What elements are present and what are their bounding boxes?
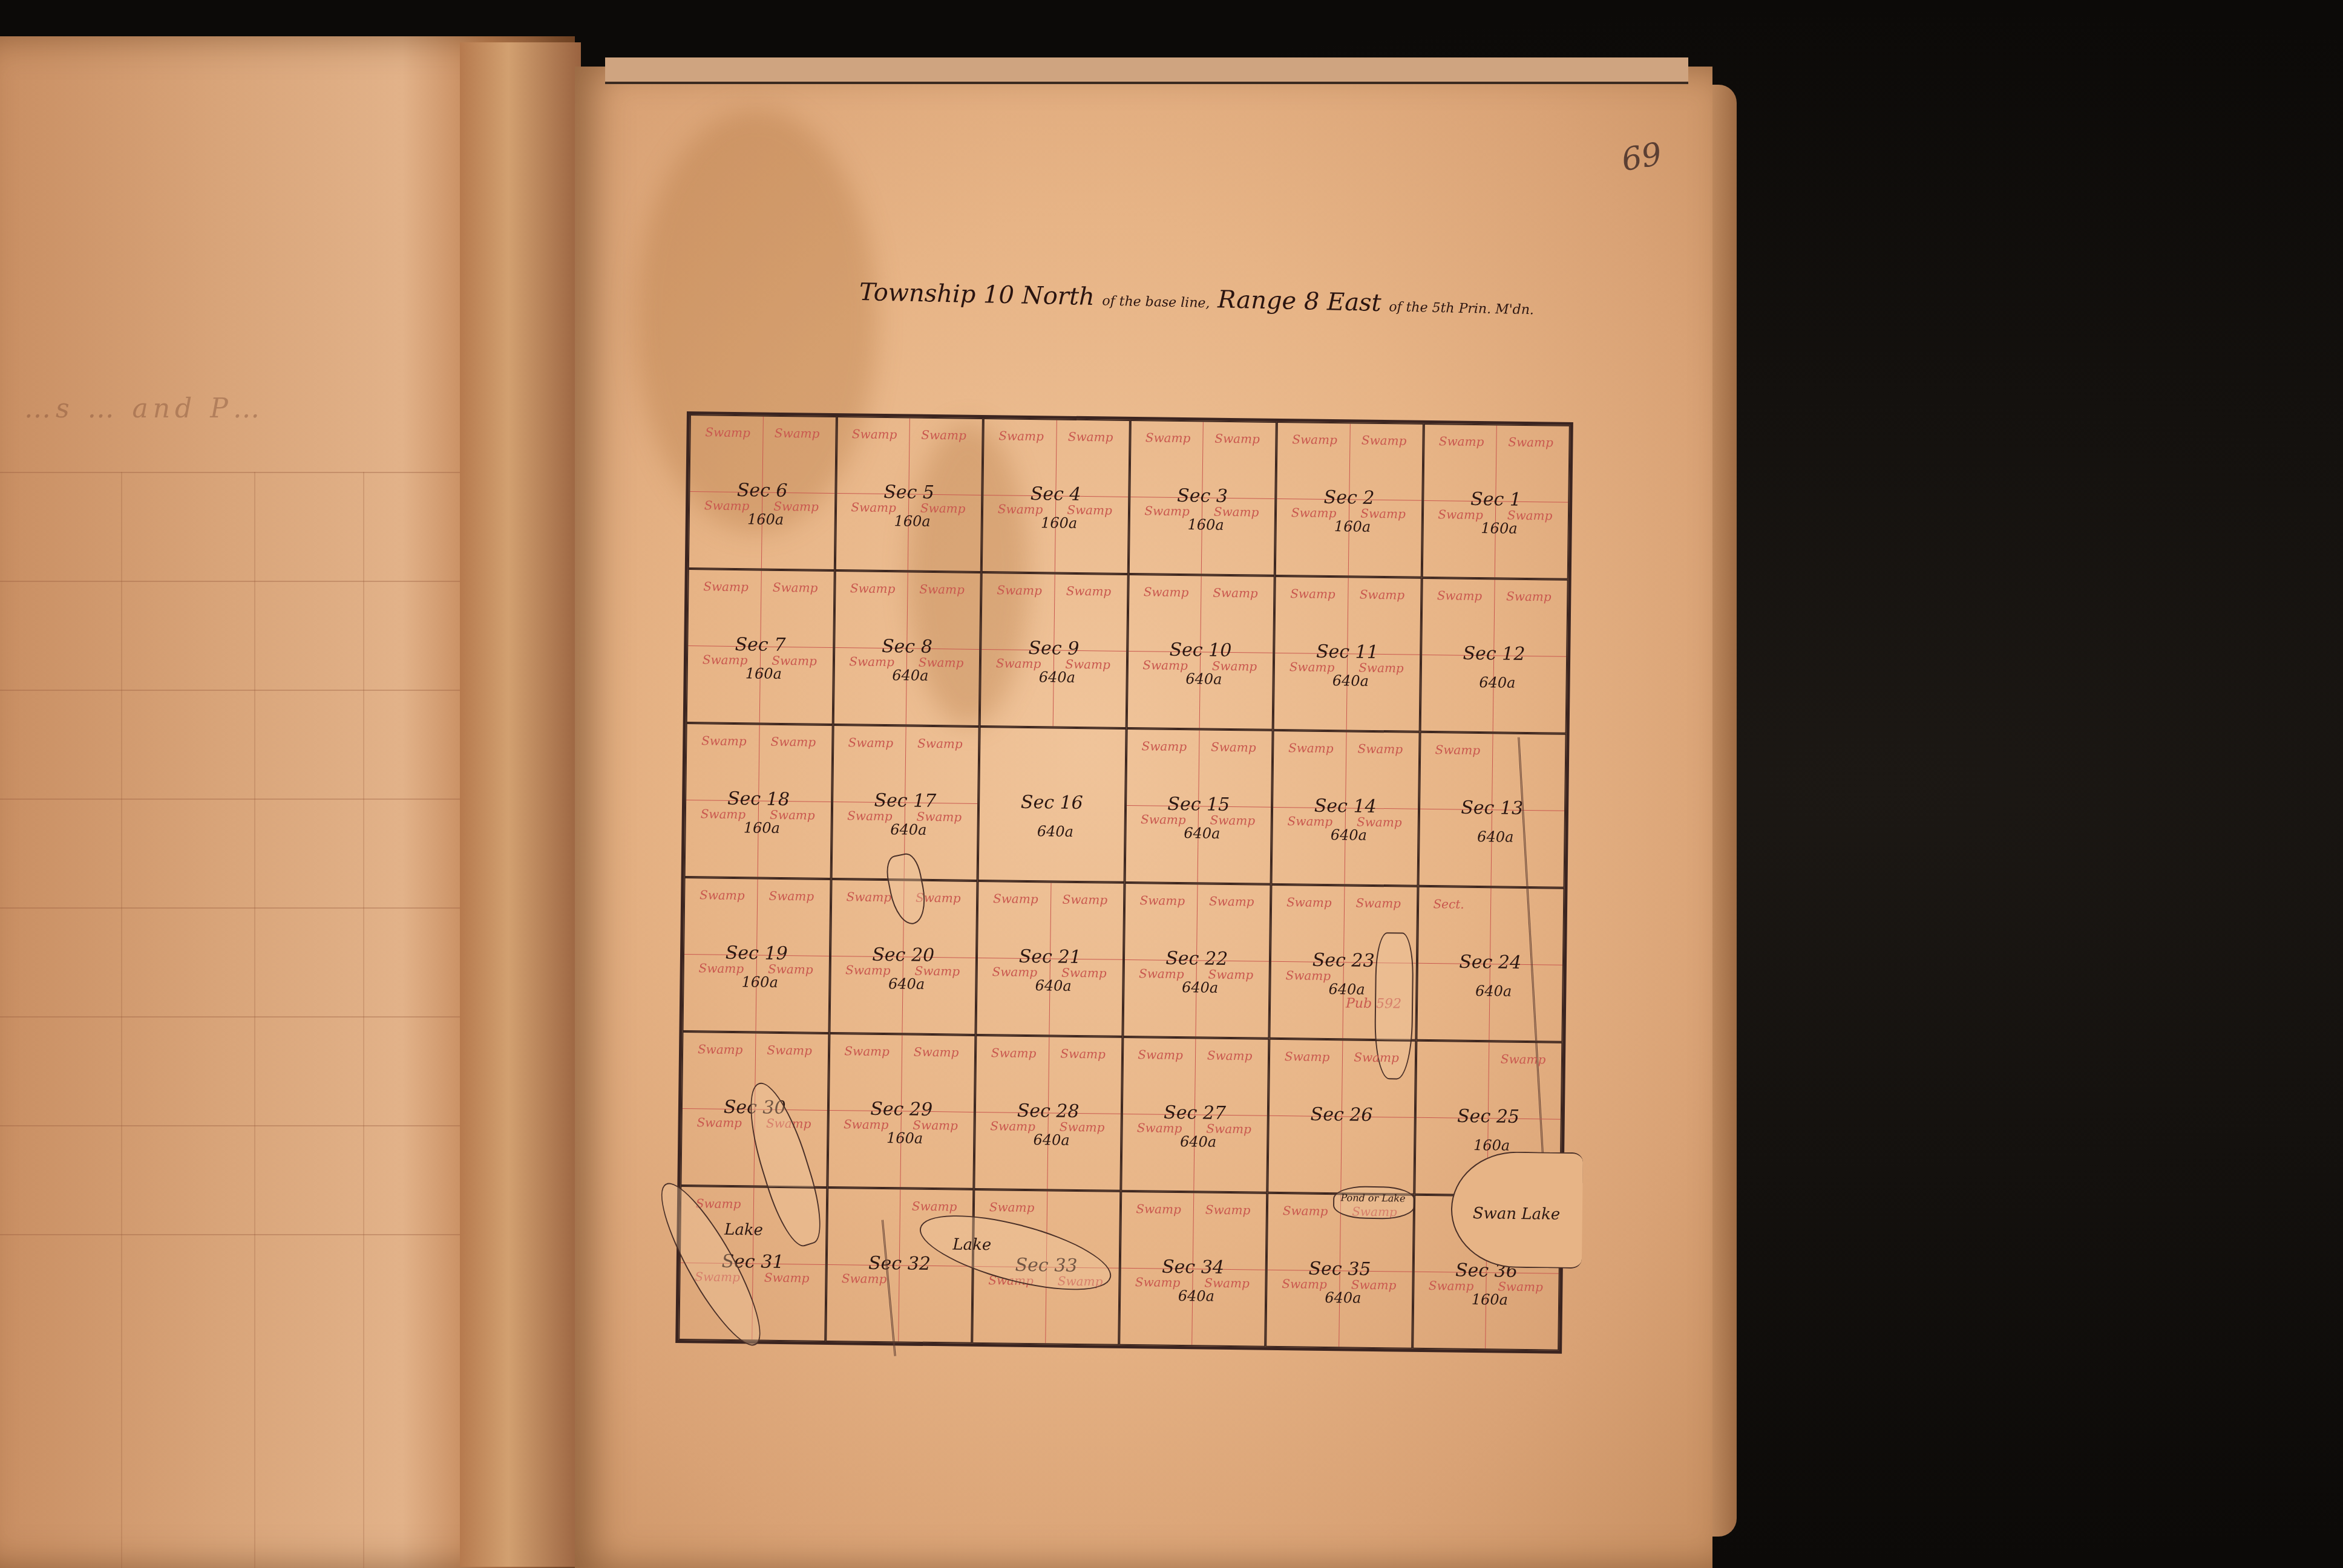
section-acres: 640a [1332, 672, 1369, 690]
section-number: Sec 21 [1019, 946, 1081, 967]
title-township: Township 10 North [859, 278, 1095, 311]
swamp-label: Swamp [1141, 739, 1187, 754]
section-acres: 160a [1481, 520, 1517, 537]
section-grid: SwampSwampSwampSwampSec 6160a SwampSwamp… [678, 414, 1570, 1351]
swamp-label: Swamp [1138, 1047, 1183, 1062]
book-gutter [460, 42, 581, 1567]
section-acres: 640a [1477, 828, 1513, 846]
section-30: SwampSwampSwampSwampSec 30 [680, 1031, 829, 1187]
section-acres: 640a [1182, 979, 1218, 996]
swamp-label: Swamp [852, 426, 897, 442]
section-31: SwampSwampSwampSec 31Lake [678, 1186, 827, 1342]
section-21: SwampSwampSwampSwampSec 21640a [975, 881, 1124, 1037]
swamp-label: Swamp [767, 1043, 812, 1058]
ledger-rule [0, 690, 502, 691]
swamp-label: Swamp [846, 889, 891, 904]
section-acres: 160a [747, 511, 784, 528]
section-8: SwampSwampSwampSwampSec 8640a [833, 570, 981, 727]
section-acres: 640a [1178, 1287, 1214, 1305]
ledger-rule [0, 1125, 502, 1126]
section-number: Sec 13 [1461, 797, 1523, 818]
section-29: SwampSwampSwampSwampSec 29160a [827, 1033, 976, 1189]
section-7: SwampSwampSwampSwampSec 7160a [686, 569, 835, 725]
section-10: SwampSwampSwampSwampSec 10640a [1126, 574, 1275, 730]
section-number: Sec 18 [727, 788, 790, 809]
section-12: SwampSwampSec 12640a [1420, 578, 1568, 734]
section-number: Sec 35 [1308, 1258, 1371, 1279]
section-number: Sec 8 [882, 635, 932, 657]
section-number: Sec 16 [1021, 791, 1083, 813]
swamp-label: Swamp [1136, 1201, 1181, 1217]
section-acres: 640a [890, 821, 926, 838]
swamp-label: Swamp [1501, 1052, 1546, 1067]
swamp-label: Swamp [1354, 1050, 1399, 1065]
swamp-label: Swamp [919, 582, 965, 597]
section-number: Sec 7 [735, 634, 785, 656]
swamp-label: Swamp [1209, 894, 1254, 909]
swamp-label: Swamp [844, 1044, 890, 1059]
ledger-rule [0, 581, 502, 582]
faded-ledger-text: …s … and P… [24, 393, 264, 424]
swamp-label: Swamp [698, 1042, 743, 1057]
lake-label: Lake [952, 1236, 991, 1255]
section-number: Sec 2 [1324, 486, 1375, 508]
section-27: SwampSwampSwampSwampSec 27640a [1121, 1037, 1270, 1193]
section-35: SwampSwampSwampSwampSec 35640aPond or La… [1265, 1193, 1414, 1349]
section-acres: 640a [888, 975, 925, 993]
section-number: Sec 24 [1459, 951, 1521, 973]
section-number: Sec 3 [1177, 485, 1228, 506]
section-number: Sec 15 [1167, 793, 1230, 815]
swamp-label: Swamp [997, 583, 1042, 598]
swamp-label: Swamp [700, 887, 745, 903]
swamp-label: Swamp [703, 579, 749, 594]
swamp-label: Swamp [1214, 431, 1260, 446]
ledger-column-rule [121, 472, 122, 1568]
section-acres: 640a [1185, 670, 1222, 688]
section-number: Sec 12 [1463, 642, 1525, 664]
section-number: Sec 22 [1165, 947, 1228, 969]
section-acres: 640a [1033, 1131, 1069, 1149]
swan-lake-label: Swan Lake [1473, 1204, 1561, 1224]
swamp-label: Swamp [914, 1045, 959, 1060]
page-number: 69 [1619, 136, 1665, 179]
section-acres: 160a [744, 819, 780, 837]
swamp-label: Swamp [1506, 589, 1552, 604]
section-number: Sec 27 [1164, 1102, 1226, 1123]
swamp-label: Swamp [1355, 896, 1401, 911]
swamp-label: Swamp [1060, 1047, 1106, 1062]
swamp-label: Swamp [701, 733, 747, 748]
section-number: Sec 23 [1312, 949, 1375, 971]
swamp-label: Swamp [1145, 430, 1191, 445]
section-3: SwampSwampSwampSwampSec 3160a [1128, 420, 1277, 576]
section-32: SwampSwampSec 32 [825, 1187, 974, 1344]
swamp-label: Swamp [850, 581, 896, 596]
section-acres: 160a [1472, 1291, 1508, 1308]
section-13: SwampSec 13640a [1418, 732, 1567, 888]
section-23: SwampSwampSwampSec 23640aPub 592 [1269, 884, 1418, 1040]
section-33: SwampSwampSwampSec 33Lake [972, 1189, 1121, 1345]
section-number: Sec 28 [1017, 1100, 1080, 1122]
section-acres: 640a [1039, 668, 1075, 686]
swamp-label: Swamp [1213, 586, 1258, 601]
section-11: SwampSwampSwampSwampSec 11640a [1273, 576, 1422, 732]
swamp-label: Swamp [993, 891, 1038, 906]
section-number: Sec 29 [870, 1098, 932, 1120]
section-acres: 160a [1041, 514, 1077, 532]
section-number: Sec 10 [1169, 639, 1231, 661]
ledger-rule [0, 1234, 502, 1235]
swamp-label: Swamp [1435, 742, 1480, 757]
swamp-label: Swamp [1288, 740, 1334, 756]
section-22: SwampSwampSwampSwampSec 22640a [1122, 883, 1271, 1039]
swamp-label: Swamp [1139, 893, 1185, 908]
swamp-label: Swamp [848, 735, 894, 750]
title-baseline: of the base line, [1102, 293, 1210, 311]
section-4: SwampSwampSwampSwampSec 4160a [981, 418, 1130, 574]
swamp-label: Swamp [773, 580, 818, 595]
township-plat-map: SwampSwampSwampSwampSec 6160a SwampSwamp… [675, 411, 1573, 1354]
section-number: Sec 4 [1031, 483, 1081, 505]
section-24: Sect.Sec 24640a [1416, 886, 1565, 1042]
section-number: Sec 20 [872, 944, 934, 965]
swamp-label: Swamp [912, 1199, 957, 1214]
ledger-column-rule [363, 472, 364, 1568]
swamp-label: Swamp [1066, 584, 1112, 599]
swamp-label: Swamp [1290, 586, 1335, 601]
swamp-label: Swamp [917, 736, 963, 751]
swamp-label: Swamp [1207, 1048, 1253, 1063]
section-acres: 160a [742, 973, 778, 991]
swamp-label: Swamp [768, 889, 814, 904]
section-acres: 640a [1325, 1289, 1361, 1307]
section-number: Sec 14 [1314, 795, 1377, 817]
section-acres: 640a [1475, 982, 1512, 1000]
swamp-label: Swamp [705, 425, 750, 440]
sect-note: Sect. [1433, 897, 1464, 912]
ledger-rule [0, 1016, 502, 1018]
swamp-label: Swamp [1205, 1203, 1251, 1218]
section-19: SwampSwampSwampSwampSec 19160a [682, 877, 831, 1033]
section-acres: 640a [1479, 674, 1515, 691]
section-acres: 160a [745, 665, 782, 682]
section-34: SwampSwampSwampSwampSec 34640a [1119, 1191, 1268, 1347]
section-number: Sec 34 [1162, 1256, 1224, 1278]
ledger-rule [0, 472, 502, 473]
ledger-rule [0, 907, 502, 909]
creek-line [882, 1220, 896, 1356]
section-acres: 640a [1037, 823, 1073, 840]
section-number: Sec 19 [726, 942, 788, 964]
swamp-label: Swamp [1062, 892, 1107, 907]
section-36: SwampSwampSec 36160aSwan Lake [1412, 1195, 1561, 1351]
section-18: SwampSwampSwampSwampSec 18160a [684, 723, 833, 879]
swamp-label: Swamp [1283, 1203, 1328, 1218]
swamp-label: Swamp [1144, 584, 1189, 599]
section-number: Sec 25 [1457, 1105, 1519, 1127]
section-number: Sec 6 [737, 480, 788, 501]
section-acres: 640a [1331, 826, 1367, 844]
swamp-label: Swamp [771, 734, 816, 750]
pond-label: Pond or Lake [1340, 1192, 1405, 1204]
section-14: SwampSwampSwampSwampSec 14640a [1271, 730, 1420, 886]
section-2: SwampSwampSwampSwampSec 2160a [1275, 422, 1424, 578]
section-number: Sec 26 [1310, 1103, 1372, 1125]
section-number: Sec 1 [1470, 488, 1521, 510]
ledger-rule [0, 799, 502, 800]
section-acres: 160a [1473, 1137, 1510, 1154]
ledger-column-rule [254, 472, 255, 1568]
swamp-label: Swamp [1357, 742, 1403, 757]
torn-top-edge [605, 57, 1688, 84]
swamp-label: Swamp [998, 428, 1044, 443]
section-acres: 160a [1187, 516, 1224, 534]
lake-label: Lake [724, 1221, 763, 1240]
swamp-label: Swamp [991, 1045, 1037, 1060]
swamp-label: Swamp [921, 428, 966, 443]
title-meridian: of the 5th Prin. M'dn. [1389, 299, 1534, 318]
section-28: SwampSwampSwampSwampSec 28640a [974, 1035, 1122, 1191]
swamp-label: Swamp [1285, 1049, 1330, 1064]
swamp-label: Swamp [1360, 587, 1405, 603]
section-number: Sec 17 [874, 789, 936, 811]
section-acres: 640a [1035, 977, 1071, 995]
section-16: Sec 16640a [978, 727, 1127, 883]
section-number: Sec 11 [1316, 641, 1378, 662]
swamp-label: Swamp [989, 1200, 1035, 1215]
swamp-label: Swamp [1362, 433, 1407, 448]
section-acres: 160a [894, 512, 930, 530]
swamp-label: Swamp [1068, 430, 1113, 445]
section-5: SwampSwampSwampSwampSec 5160a [834, 416, 983, 572]
section-1: SwampSwampSwampSwampSec 1160a [1421, 423, 1570, 580]
swamp-label: Swamp [1211, 740, 1256, 755]
swamp-label: Swamp [1508, 435, 1553, 450]
section-number: Sec 32 [868, 1252, 931, 1274]
section-acres: 640a [1180, 1133, 1216, 1151]
section-6: SwampSwampSwampSwampSec 6160a [688, 414, 837, 570]
swamp-label: Swamp [1437, 588, 1483, 603]
section-acres: 640a [1184, 825, 1220, 842]
swamp-label: Swamp [1439, 434, 1484, 449]
section-26: SwampSwampSec 26 [1267, 1039, 1416, 1195]
swamp-label: Swamp [1292, 432, 1337, 447]
swamp-label: Swamp [775, 426, 820, 441]
swamp-label: Swamp [1286, 895, 1332, 910]
section-20: SwampSwampSwampSwampSec 20640a [829, 879, 978, 1035]
swamp-label: Swamp [696, 1196, 741, 1211]
section-number: Sec 5 [883, 481, 934, 503]
section-number: Sec 9 [1028, 637, 1079, 659]
title-range: Range 8 East [1217, 286, 1381, 317]
section-acres: 640a [892, 667, 928, 684]
section-15: SwampSwampSwampSwampSec 15640a [1124, 728, 1273, 884]
section-acres: 640a [1328, 981, 1365, 998]
section-acres: 160a [1334, 518, 1371, 535]
section-9: SwampSwampSwampSwampSec 9640a [980, 572, 1129, 728]
section-acres: 160a [886, 1129, 923, 1147]
